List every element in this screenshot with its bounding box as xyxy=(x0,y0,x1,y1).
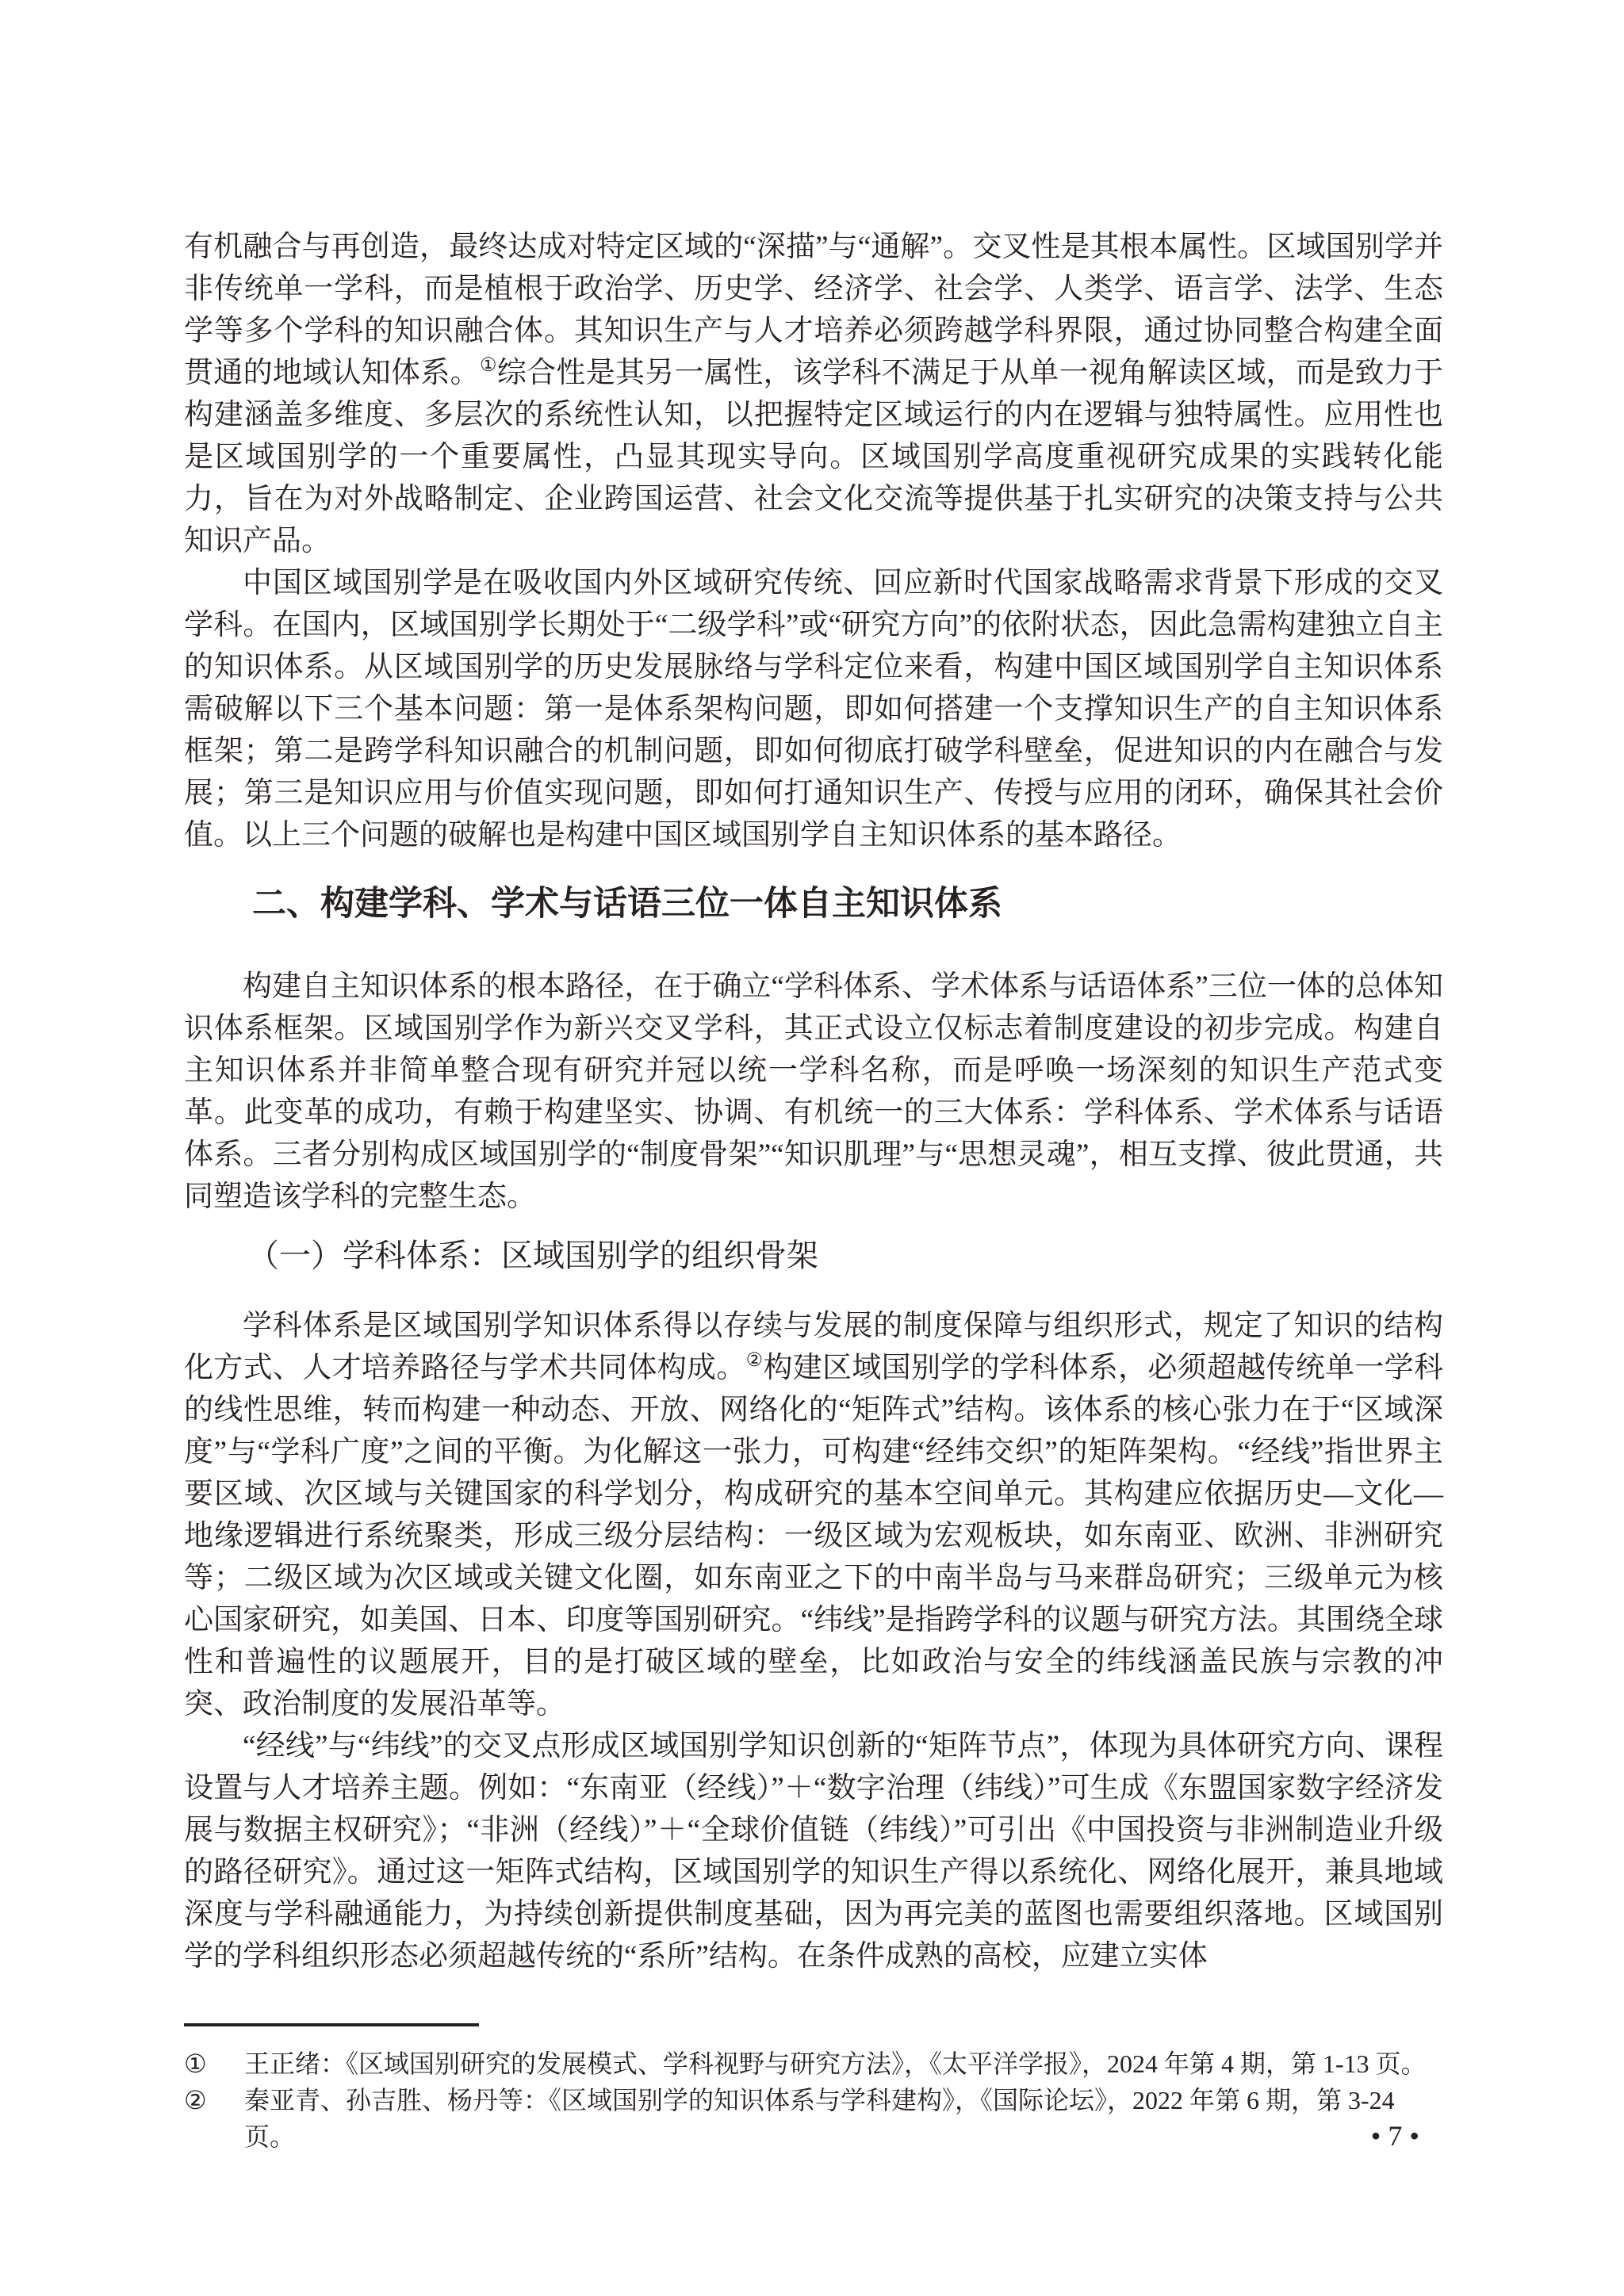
paragraph-5: “经线”与“纬线”的交叉点形成区域国别学知识创新的“矩阵节点”，体现为具体研究方… xyxy=(184,1725,1443,1977)
footnote-ref-2: ② xyxy=(746,1350,764,1371)
footnote-ref-1: ① xyxy=(480,355,497,376)
footnote-1-text: 王正绪：《区域国别研究的发展模式、学科视野与研究方法》，《太平洋学报》，2024… xyxy=(244,2045,1443,2082)
paragraph-4: 学科体系是区域国别学知识体系得以存续与发展的制度保障与组织形式，规定了知识的结构… xyxy=(184,1305,1443,1725)
footnote-separator-rule xyxy=(184,2023,479,2026)
section-heading: 二、构建学科、学术与话语三位一体自主知识体系 xyxy=(184,880,1443,928)
document-page: 有机融合与再创造，最终达成对特定区域的“深描”与“通解”。交叉性是其根本属性。区… xyxy=(0,0,1624,2296)
paragraph-3: 构建自主知识体系的根本路径，在于确立“学科体系、学术体系与话语体系”三位一体的总… xyxy=(184,966,1443,1218)
paragraph-1: 有机融合与再创造，最终达成对特定区域的“深描”与“通解”。交叉性是其根本属性。区… xyxy=(184,226,1443,562)
paragraph-4-text-cont: 构建区域国别学的学科体系，必须超越传统单一学科的线性思维，转而构建一种动态、开放… xyxy=(184,1352,1443,1720)
paragraph-2: 中国区域国别学是在吸收国内外区域研究传统、回应新时代国家战略需求背景下形成的交叉… xyxy=(184,562,1443,856)
footnote-2-marker: ② xyxy=(184,2082,244,2118)
footnote-1-marker: ① xyxy=(184,2045,244,2082)
article-body: 有机融合与再创造，最终达成对特定区域的“深描”与“通解”。交叉性是其根本属性。区… xyxy=(184,226,1443,2155)
subsection-heading: （一）学科体系：区域国别学的组织骨架 xyxy=(184,1234,1443,1278)
page-number: • 7 • xyxy=(184,2118,1443,2153)
footnote-1: ① 王正绪：《区域国别研究的发展模式、学科视野与研究方法》，《太平洋学报》，20… xyxy=(184,2045,1443,2082)
